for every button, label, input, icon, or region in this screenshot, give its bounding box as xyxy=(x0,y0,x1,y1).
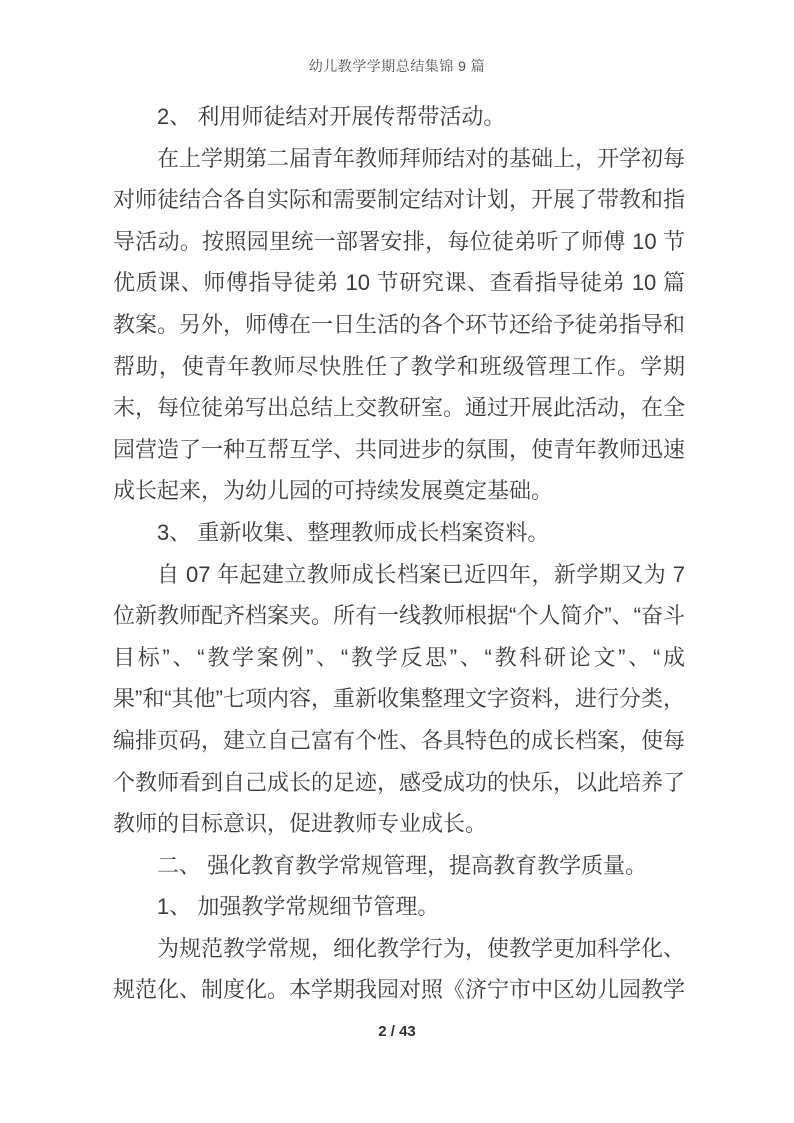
document-page: 幼儿教学学期总结集锦 9 篇 2、 利用师徒结对开展传帮带活动。在上学期第二届青… xyxy=(0,0,794,1123)
paragraph: 二、 强化教育教学常规管理，提高教育教学质量。 xyxy=(113,845,685,887)
paragraph: 为规范教学常规，细化教学行为，使教学更加科学化、规范化、制度化。本学期我园对照《… xyxy=(113,928,685,1011)
document-header-title: 幼儿教学学期总结集锦 9 篇 xyxy=(0,56,794,76)
paragraph: 在上学期第二届青年教师拜师结对的基础上，开学初每对师徒结合各自实际和需要制定结对… xyxy=(113,138,685,512)
paragraph: 自 07 年起建立教师成长档案已近四年，新学期又为 7 位新教师配齐档案夹。所有… xyxy=(113,554,685,845)
paragraph: 3、 重新收集、整理教师成长档案资料。 xyxy=(113,512,685,554)
paragraph: 2、 利用师徒结对开展传帮带活动。 xyxy=(113,96,685,138)
page-number: 2 / 43 xyxy=(0,1023,794,1040)
document-body: 2、 利用师徒结对开展传帮带活动。在上学期第二届青年教师拜师结对的基础上，开学初… xyxy=(113,96,685,1011)
paragraph: 1、 加强教学常规细节管理。 xyxy=(113,886,685,928)
